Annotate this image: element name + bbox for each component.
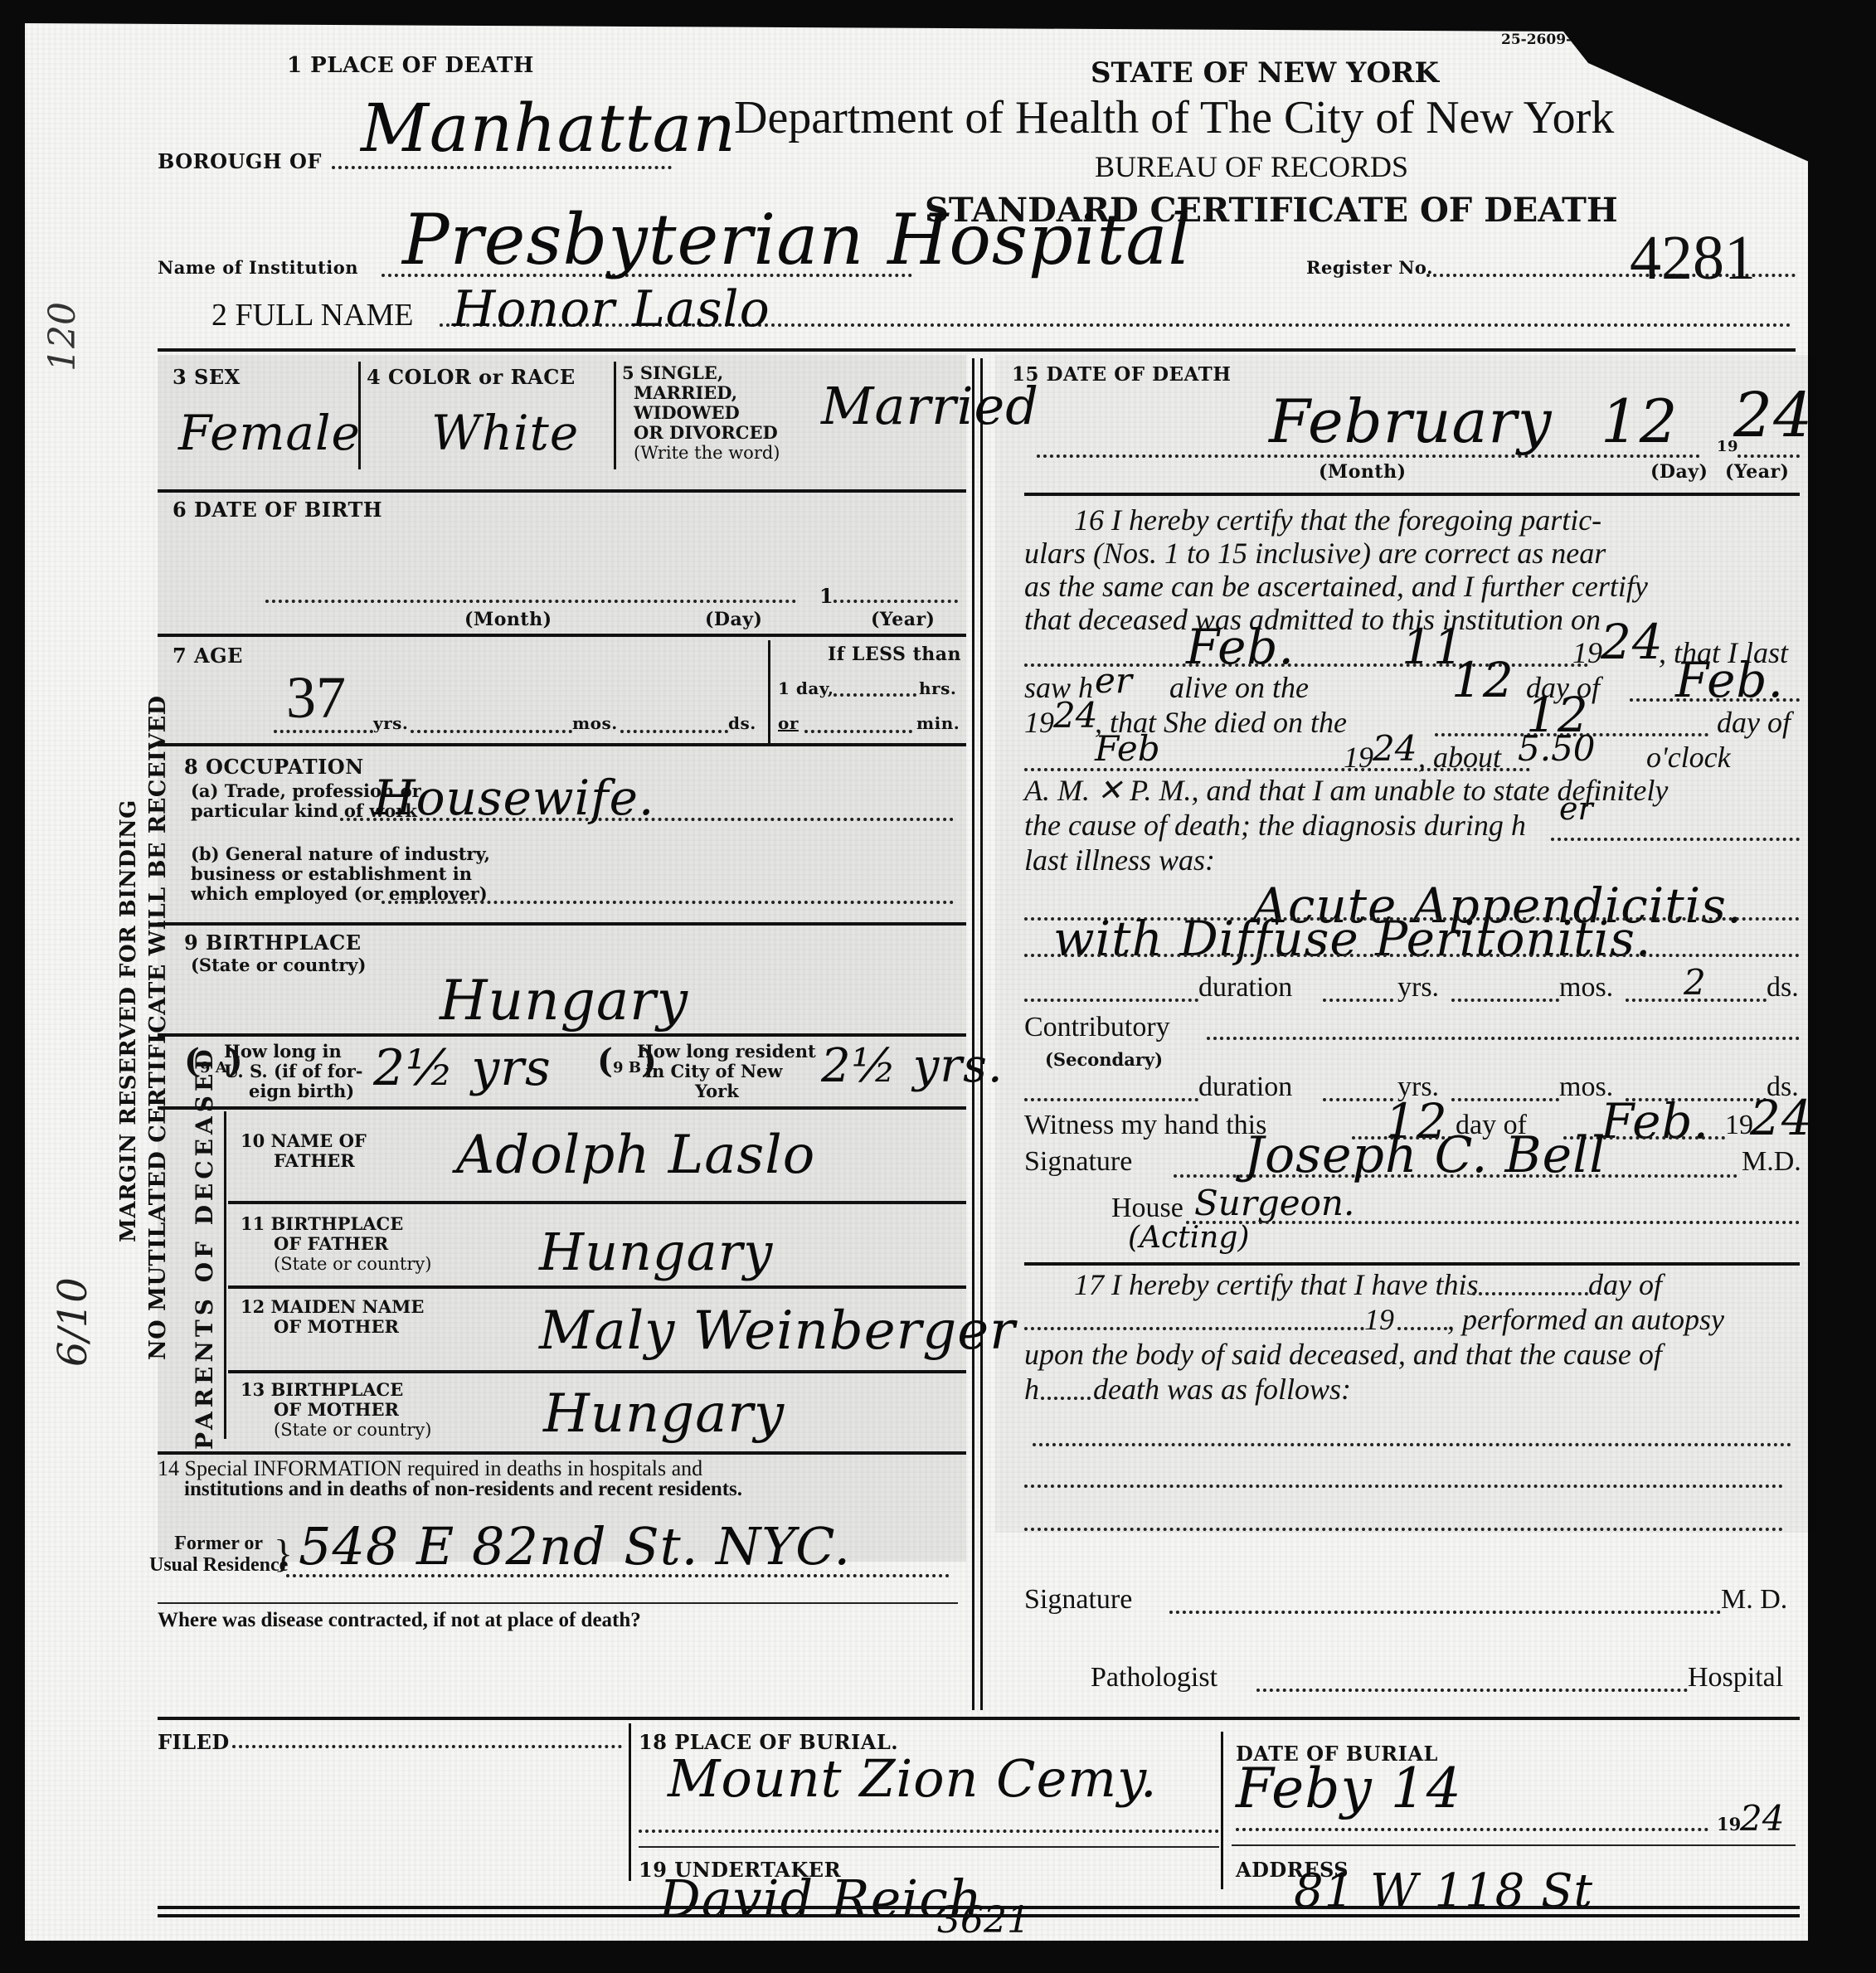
cert-line1: 16 I hereby certify that the foregoing p… <box>1074 503 1601 537</box>
day-of-text-2: day of <box>1717 705 1791 740</box>
divider-filed-burial <box>629 1723 631 1881</box>
age-years-value[interactable]: 37 <box>286 663 346 732</box>
autopsy-signature-line[interactable] <box>1169 1611 1721 1614</box>
death-year-caption: (Year) <box>1725 461 1789 483</box>
alive-day-value[interactable]: 12 <box>1451 652 1514 708</box>
cert-line2: ulars (Nos. 1 to 15 inclusive) are corre… <box>1024 536 1606 571</box>
residence-brace: } <box>274 1531 293 1577</box>
residence-value[interactable]: 548 E 82nd St. NYC. <box>299 1516 851 1577</box>
dob-day-caption: (Day) <box>705 609 762 630</box>
autopsy-finding-line-2[interactable] <box>1024 1485 1783 1488</box>
death-day-value[interactable]: 12 <box>1601 386 1679 456</box>
acting-note: (Acting) <box>1128 1221 1249 1255</box>
oclock-text: o'clock <box>1646 740 1731 775</box>
dob-year-caption: (Year) <box>871 609 935 630</box>
nyc-duration-label-line: How long resident <box>637 1042 816 1062</box>
marital-label-line: (Write the word) <box>622 443 780 463</box>
duration-days-value[interactable]: 2 <box>1684 962 1706 1003</box>
autopsy-day-line[interactable] <box>1472 1292 1588 1295</box>
autopsy-line3: upon the body of said deceased, and that… <box>1024 1337 1662 1372</box>
cause-pronoun-value[interactable]: er <box>1559 790 1593 827</box>
died-year-value[interactable]: 24 <box>1373 728 1417 769</box>
less-than-label: If LESS than <box>828 644 961 665</box>
nyc-duration-value[interactable]: 2½ yrs. <box>821 1039 1004 1093</box>
borough-value[interactable]: Manhattan <box>361 90 736 167</box>
center-divider-b <box>980 358 983 1710</box>
duration-yrs-line[interactable] <box>1323 999 1393 1002</box>
age-yrs-line <box>274 730 373 733</box>
parents-side-label: PARENTS OF DECEASED <box>191 1045 218 1450</box>
duration-mos-caption: mos. <box>1559 972 1613 1004</box>
margin-annotation-fraction: 6/10 <box>50 1277 96 1367</box>
father-name-label-line: 10 NAME OF <box>241 1131 367 1151</box>
father-name-label: 10 NAME OF FATHER <box>241 1131 367 1171</box>
about-text: , about <box>1418 740 1501 775</box>
autopsy-line1: 17 I hereby certify that I have this <box>1074 1267 1479 1302</box>
rule-after-parents <box>158 1451 966 1455</box>
death-year-line <box>1737 454 1800 458</box>
autopsy-signature-label: Signature <box>1024 1584 1132 1616</box>
occupation-b-label-line: business or establishment in <box>191 864 490 884</box>
rule-after-duration <box>158 1106 966 1110</box>
register-label: Register No. <box>1306 257 1433 278</box>
register-number[interactable]: 4281 <box>1630 222 1756 294</box>
father-name-label-line: FATHER <box>241 1151 367 1171</box>
mother-birthplace-label-line: OF MOTHER <box>241 1400 431 1420</box>
secondary-label: (Secondary) <box>1045 1050 1163 1070</box>
hrs-line[interactable] <box>834 693 916 697</box>
signature-label: Signature <box>1024 1146 1132 1178</box>
contributory-label: Contributory <box>1024 1012 1170 1043</box>
house-value[interactable]: Surgeon. <box>1194 1183 1354 1223</box>
autopsy-year-line[interactable] <box>1397 1327 1447 1330</box>
us-duration-value[interactable]: 2½ yrs <box>373 1039 552 1097</box>
cert-line4: that deceased was admitted to this insti… <box>1024 602 1601 637</box>
birthplace-label: 9 BIRTHPLACE <box>184 931 362 955</box>
margin-annotation-top: 120 <box>41 302 84 372</box>
rule-after-residence <box>158 1602 958 1604</box>
rule-after-mother-name <box>228 1370 966 1373</box>
institution-label: Name of Institution <box>158 257 358 278</box>
date-of-burial-value[interactable]: Feby 14 <box>1236 1757 1462 1820</box>
year-prefix-2: 19 <box>1024 705 1054 740</box>
duration-ds-line <box>1626 999 1767 1002</box>
burial-year-value[interactable]: 24 <box>1740 1798 1784 1839</box>
death-day-caption: (Day) <box>1650 461 1708 483</box>
us-duration-label: How long in U. S. (if of for- eign birth… <box>224 1042 362 1101</box>
rule-after-date-of-death <box>1024 493 1800 496</box>
admitted-year-value[interactable]: 24 <box>1601 614 1664 670</box>
death-year-value[interactable]: 24 <box>1733 380 1813 451</box>
mother-birthplace-label-line: (State or country) <box>241 1420 431 1440</box>
special-info-line2: institutions and in deaths of non-reside… <box>184 1478 742 1501</box>
us-duration-label-line: U. S. (if of for- <box>224 1062 362 1081</box>
marital-label-line: 5 SINGLE, <box>622 363 780 383</box>
mother-maiden-label-line: OF MOTHER <box>241 1317 424 1337</box>
state-heading: STATE OF NEW YORK <box>1091 56 1439 90</box>
age-ds-line[interactable] <box>620 730 728 733</box>
cert-line3: as the same can be ascertained, and I fu… <box>1024 569 1648 604</box>
autopsy-line4: death was as follows: <box>1093 1372 1351 1407</box>
witness-year-prefix: 19 <box>1725 1110 1753 1141</box>
duration-mos-line[interactable] <box>1451 999 1559 1002</box>
margin-binding-note: MARGIN RESERVED FOR BINDING <box>116 799 141 1242</box>
occupation-a-value[interactable]: Housewife. <box>373 770 654 826</box>
residence-label: Former or Usual Residence <box>149 1533 288 1576</box>
sex-value[interactable]: Female <box>178 405 361 461</box>
alive-month-line <box>1630 698 1800 702</box>
department-heading: Department of Health of The City of New … <box>734 91 1614 144</box>
occupation-b-label-line: (b) General nature of industry, <box>191 844 490 864</box>
hospital-caption: Hospital <box>1688 1662 1783 1694</box>
birthplace-value[interactable]: Hungary <box>440 969 688 1033</box>
duration-lead-line <box>1024 999 1198 1002</box>
father-birthplace-label-line: (State or country) <box>241 1254 431 1274</box>
house-label: House <box>1111 1193 1183 1224</box>
date-of-burial-line <box>1236 1828 1708 1831</box>
admitted-month-value[interactable]: Feb. <box>1186 619 1295 675</box>
rule-after-father-birthplace <box>228 1285 966 1289</box>
divider-sex-race <box>358 362 361 469</box>
mother-maiden-label: 12 MAIDEN NAME OF MOTHER <box>241 1297 424 1337</box>
witness-label: Witness my hand this <box>1024 1110 1266 1141</box>
filed-label: FILED <box>158 1730 230 1754</box>
mother-maiden-value[interactable]: Maly Weinberger <box>539 1300 1016 1362</box>
pathologist-label: Pathologist <box>1091 1662 1217 1694</box>
physician-signature[interactable]: Joseph C. Bell <box>1244 1126 1606 1184</box>
duration2-yrs-line[interactable] <box>1323 1098 1393 1101</box>
cause-line: the cause of death; the diagnosis during… <box>1024 808 1526 843</box>
saw-pronoun-value[interactable]: er <box>1095 660 1132 701</box>
rule-after-father-name <box>228 1201 966 1204</box>
parents-divider <box>224 1111 226 1439</box>
marital-label-line: WIDOWED <box>622 403 780 423</box>
occupation-label: 8 OCCUPATION <box>184 755 364 779</box>
father-birthplace-label-line: 11 BIRTHPLACE <box>241 1214 431 1234</box>
pathologist-line[interactable] <box>1256 1689 1688 1692</box>
autopsy-month-line[interactable] <box>1024 1327 1364 1330</box>
date-of-death-label: 15 DATE OF DEATH <box>1012 363 1231 386</box>
bottom-note: 3621 <box>937 1899 1030 1941</box>
witness-month-value[interactable]: Feb. <box>1601 1093 1709 1149</box>
institution-value[interactable]: Presbyterian Hospital <box>402 199 1191 280</box>
alive-on-the-text: alive on the <box>1169 670 1309 705</box>
marital-label-line: OR DIVORCED <box>622 423 780 443</box>
father-birthplace-label: 11 BIRTHPLACE OF FATHER (State or countr… <box>241 1214 431 1274</box>
duration-ds-caption: ds. <box>1767 972 1799 1004</box>
mother-birthplace-label-line: 13 BIRTHPLACE <box>241 1380 431 1400</box>
duration2-label: duration <box>1198 1072 1292 1103</box>
undertaker-address-value[interactable]: 81 W 118 St <box>1294 1864 1593 1918</box>
or-label: or <box>778 713 799 733</box>
signature-md-caption: M.D. <box>1742 1146 1801 1178</box>
dob-month-day-line[interactable] <box>265 600 796 603</box>
sex-label: 3 SEX <box>173 365 241 389</box>
death-time-value[interactable]: 5.50 <box>1518 728 1596 769</box>
autopsy-day-of: day of <box>1588 1267 1662 1302</box>
burial-year-prefix: 19 <box>1717 1815 1741 1835</box>
min-caption: min. <box>916 713 960 733</box>
full-name-label: 2 FULL NAME <box>211 297 413 333</box>
marital-status-value[interactable]: Married <box>821 376 1039 436</box>
death-month-value[interactable]: February <box>1269 386 1553 456</box>
duration2-mos-line[interactable] <box>1451 1098 1559 1101</box>
hrs-caption: hrs. <box>919 678 956 698</box>
dob-month-caption: (Month) <box>464 609 552 630</box>
duration-yrs-caption: yrs. <box>1397 972 1439 1004</box>
autopsy-line4-h: h <box>1024 1372 1039 1407</box>
father-name-value[interactable]: Adolph Laslo <box>456 1125 815 1186</box>
age-label: 7 AGE <box>173 644 243 668</box>
died-year-prefix: 19 <box>1344 740 1373 775</box>
father-birthplace-label-line: OF FATHER <box>241 1234 431 1254</box>
marital-label: 5 SINGLE, MARRIED, WIDOWED OR DIVORCED (… <box>622 363 780 463</box>
one-day-label: 1 day, <box>778 678 834 698</box>
autopsy-19: 19 <box>1364 1302 1394 1337</box>
death-month-caption: (Month) <box>1319 461 1407 483</box>
autopsy-md-caption: M. D. <box>1721 1584 1787 1616</box>
autopsy-finding-line-1[interactable] <box>1033 1443 1791 1446</box>
us-duration-label-line: How long in <box>224 1042 362 1062</box>
rule-after-age <box>158 743 966 746</box>
marital-label-line: MARRIED, <box>622 383 780 403</box>
age-mos-caption: mos. <box>572 713 618 733</box>
nyc-duration-label-line: York <box>637 1081 816 1101</box>
house-line <box>1186 1221 1800 1224</box>
occupation-b-label: (b) General nature of industry, business… <box>191 844 490 904</box>
race-value[interactable]: White <box>431 405 579 461</box>
disease-contracted-label: Where was disease contracted, if not at … <box>158 1609 641 1632</box>
witness-year-value[interactable]: 24 <box>1750 1090 1813 1146</box>
duration-label: duration <box>1198 972 1292 1004</box>
min-line[interactable] <box>804 730 912 733</box>
undertaker-value[interactable]: David Reich <box>659 1869 983 1929</box>
disease-contracted-field[interactable] <box>187 1674 211 1690</box>
margin-mutilated-note: NO MUTILATED CERTIFICATE WILL BE RECEIVE… <box>145 695 171 1360</box>
death-month-day-line <box>1037 454 1700 458</box>
rule-after-signature <box>1024 1262 1800 1266</box>
bureau-heading: BUREAU OF RECORDS <box>1095 149 1408 184</box>
age-mos-line[interactable] <box>411 730 572 733</box>
mother-birthplace-label: 13 BIRTHPLACE OF MOTHER (State or countr… <box>241 1380 431 1440</box>
divider-age-less <box>768 640 770 744</box>
contributory-line[interactable] <box>1207 1037 1800 1040</box>
autopsy-finding-line-3[interactable] <box>1024 1528 1783 1531</box>
autopsy-line2: , performed an autopsy <box>1447 1302 1724 1337</box>
cause-pronoun-line <box>1551 838 1800 841</box>
center-divider-a <box>972 358 974 1710</box>
age-yrs-caption: yrs. <box>373 713 408 733</box>
divider-burial-date <box>1221 1732 1223 1889</box>
birthplace-sublabel: (State or country) <box>191 955 366 975</box>
top-rule <box>158 348 1796 352</box>
rule-after-burial-date <box>1232 1844 1796 1846</box>
place-of-death-label: 1 PLACE OF DEATH <box>287 53 534 78</box>
place-of-burial-line <box>639 1830 1219 1833</box>
mother-birthplace-value[interactable]: Hungary <box>543 1383 785 1445</box>
rule-after-dob <box>158 634 966 637</box>
diagnosis-line2[interactable]: with Diffuse Peritonitis. <box>1053 911 1651 967</box>
father-birthplace-value[interactable]: Hungary <box>539 1222 773 1282</box>
borough-label: BOROUGH OF <box>158 149 322 173</box>
rule-after-burial-place <box>639 1846 1219 1848</box>
death-certificate-page: 1 PLACE OF DEATH 25-2609-21-Bt Form STAT… <box>25 23 1808 1941</box>
nyc-duration-label: How long resident in City of New York <box>637 1042 816 1101</box>
place-of-burial-value[interactable]: Mount Zion Cemy. <box>668 1748 1158 1809</box>
rule-before-burial <box>158 1717 1800 1720</box>
filed-line[interactable] <box>232 1745 622 1748</box>
age-ds-caption: ds. <box>728 713 756 733</box>
us-duration-label-line: eign birth) <box>224 1081 362 1101</box>
residence-label-line: Former or <box>149 1533 288 1554</box>
rule-after-row3 <box>158 489 966 493</box>
nyc-duration-label-line: in City of New <box>637 1062 816 1081</box>
alive-year-value[interactable]: 24 <box>1053 695 1097 736</box>
autopsy-pronoun-line[interactable] <box>1041 1397 1091 1400</box>
race-label: 4 COLOR or RACE <box>367 365 576 389</box>
mother-maiden-label-line: 12 MAIDEN NAME <box>241 1297 424 1317</box>
divider-race-marital <box>614 362 616 469</box>
last-illness-text: last illness was: <box>1024 843 1215 877</box>
dob-year-prefix: 1 <box>819 584 834 608</box>
full-name-value[interactable]: Honor Laslo <box>452 280 770 338</box>
residence-label-line: Usual Residence <box>149 1554 288 1576</box>
diagnosis-line2-rule <box>1024 954 1800 957</box>
duration2-lead-line <box>1024 1098 1198 1101</box>
rule-after-birthplace <box>158 1033 966 1037</box>
dob-year-line[interactable] <box>834 600 958 603</box>
admitted-year-prefix: 19 <box>1572 635 1602 670</box>
occupation-b-line[interactable] <box>382 901 954 904</box>
died-month-value[interactable]: Feb <box>1095 728 1160 769</box>
rule-after-occupation <box>158 922 966 926</box>
dob-label: 6 DATE OF BIRTH <box>173 498 382 522</box>
